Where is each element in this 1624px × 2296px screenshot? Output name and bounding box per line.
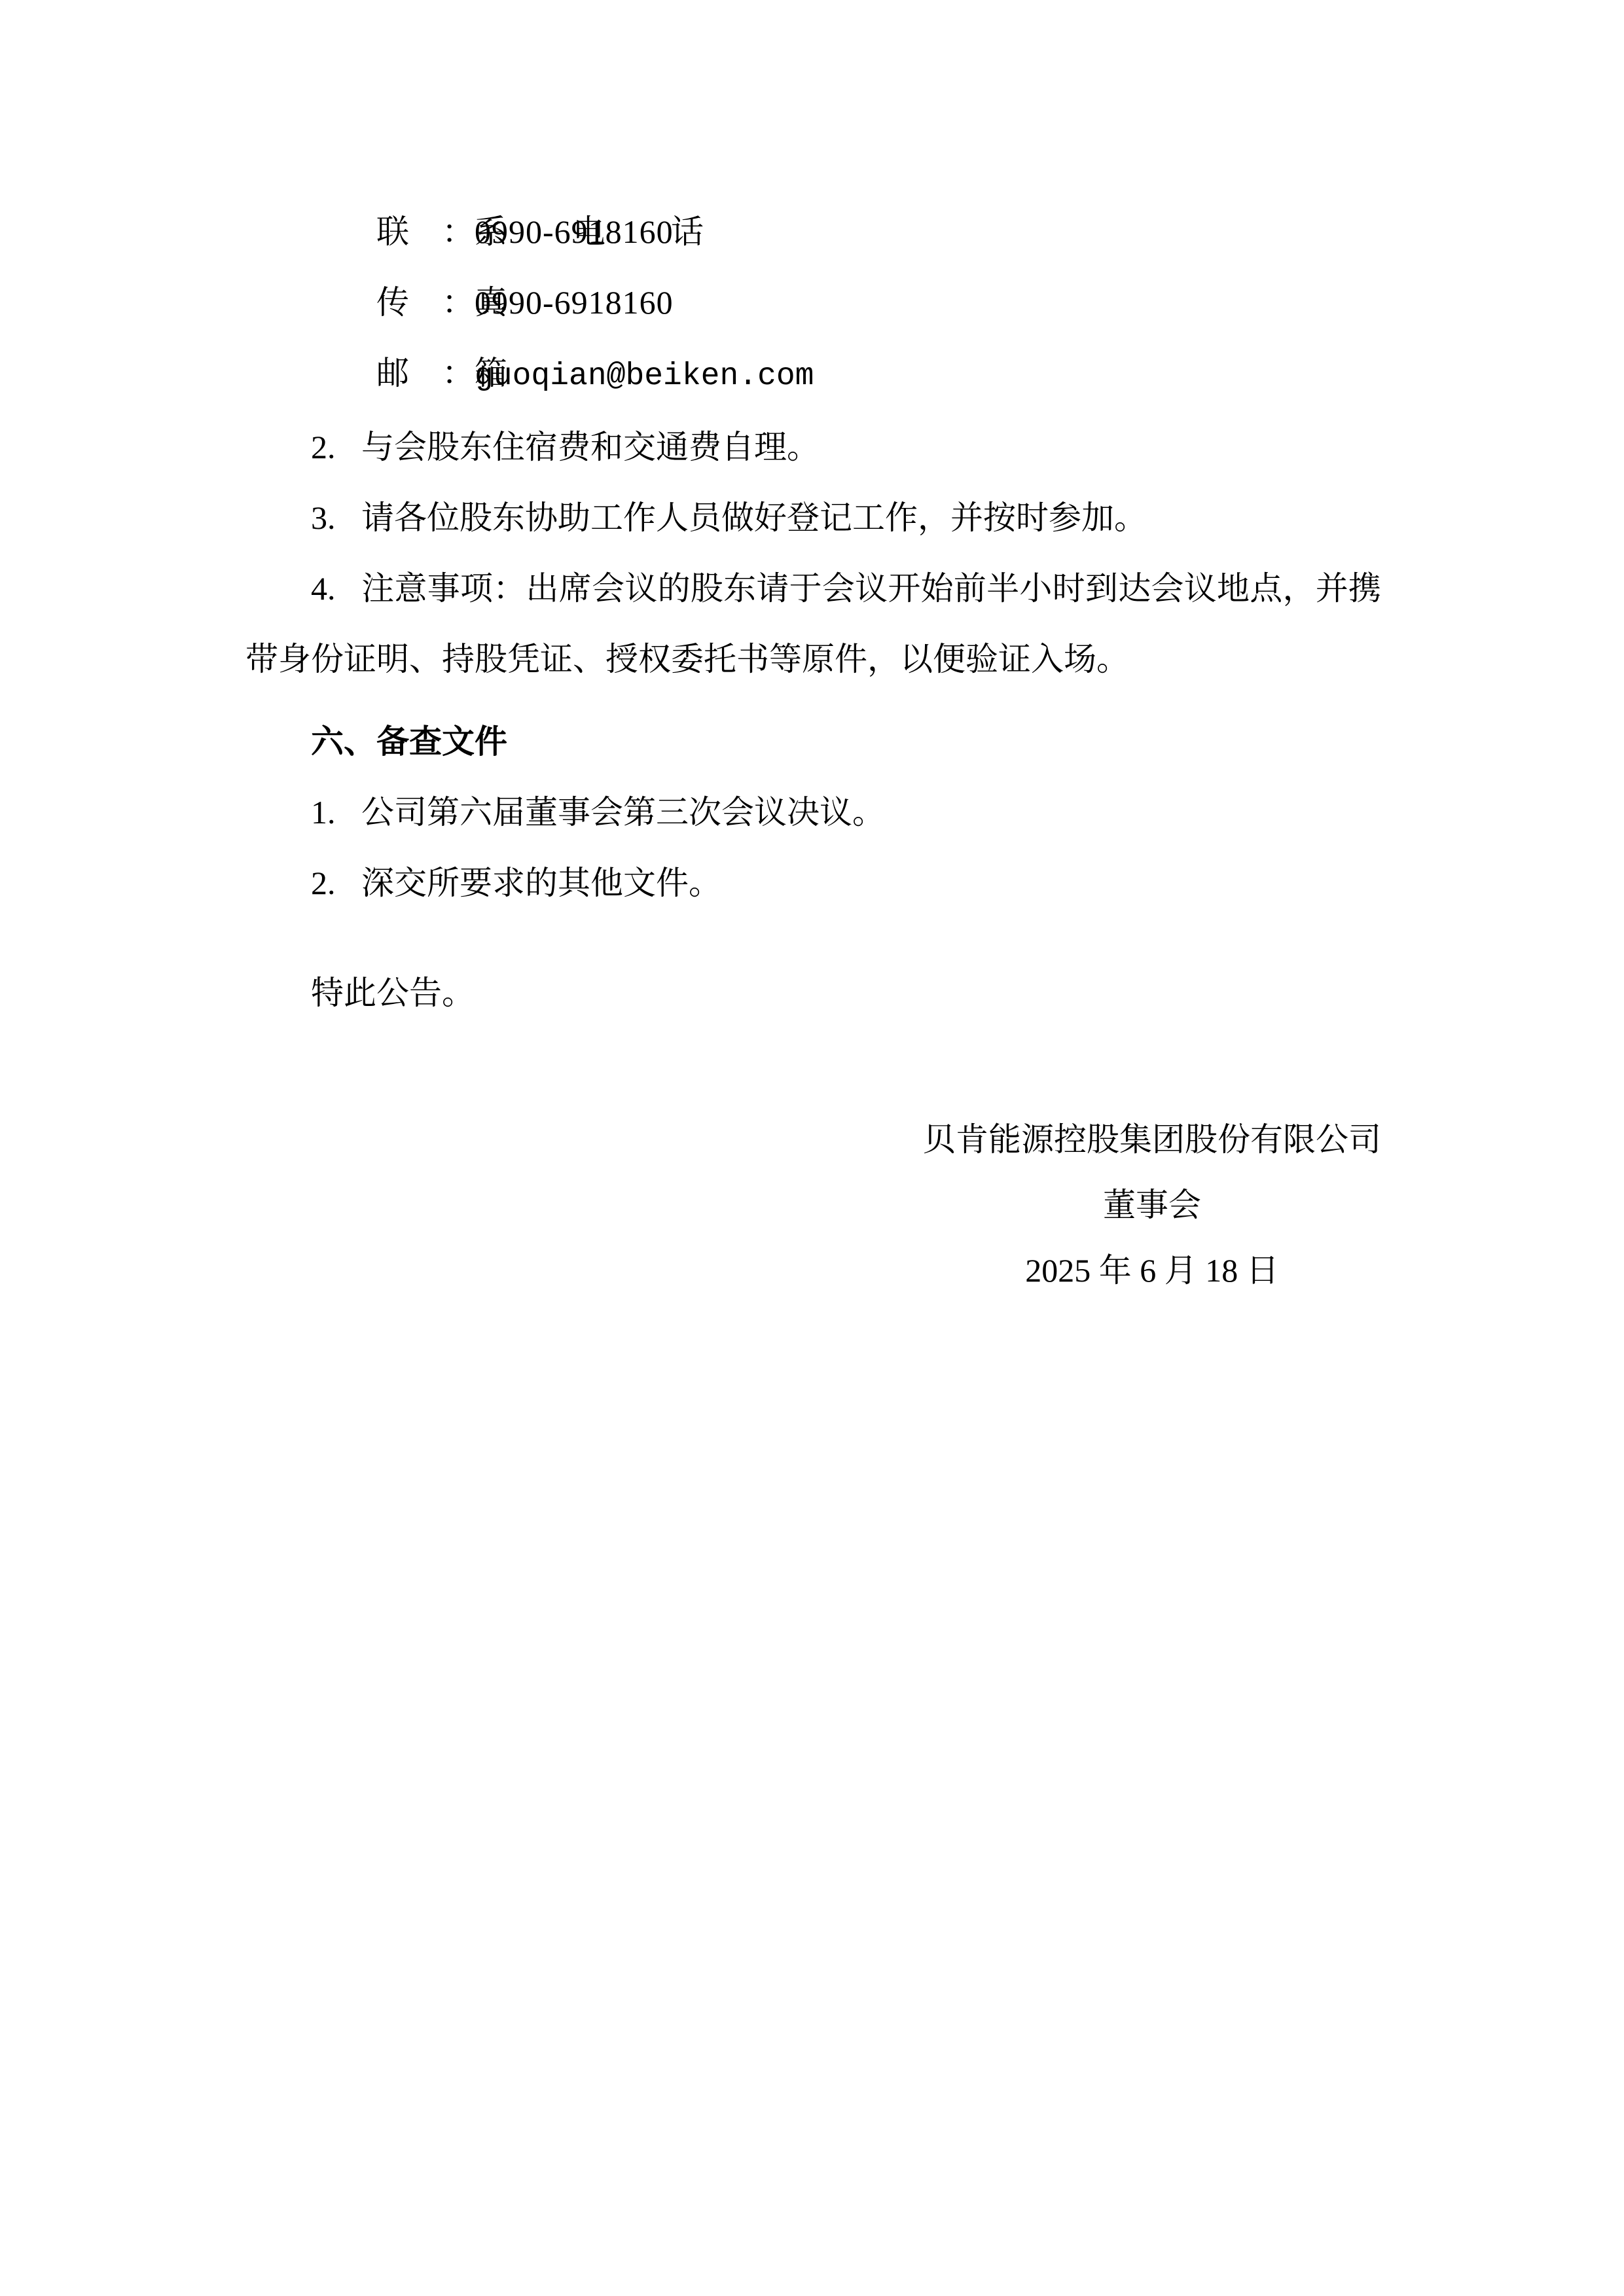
note-item-2-number: 2. bbox=[311, 412, 361, 482]
note-item-3-number: 3. bbox=[311, 482, 361, 553]
contact-phone-value: 0990-6918160 bbox=[475, 213, 674, 250]
closing-statement: 特此公告。 bbox=[245, 958, 1381, 1028]
note-item-4: 4.注意事项：出席会议的股东请于会议开始前半小时到达会议地点，并携带身份证明、持… bbox=[245, 553, 1381, 694]
document-item-2: 2.深交所要求的其他文件。 bbox=[245, 848, 1381, 918]
signature-board: 董事会 bbox=[923, 1172, 1381, 1238]
signature-date: 2025 年 6 月 18 日 bbox=[923, 1238, 1381, 1303]
note-item-2-text: 与会股东住宿费和交通费自理。 bbox=[361, 429, 820, 465]
note-item-4-text: 注意事项：出席会议的股东请于会议开始前半小时到达会议地点，并携带身份证明、持股凭… bbox=[245, 570, 1381, 677]
document-item-2-text: 深交所要求的其他文件。 bbox=[361, 865, 721, 901]
document-item-1: 1.公司第六届董事会第三次会议决议。 bbox=[245, 777, 1381, 848]
contact-fax-value: 0990-6918160 bbox=[475, 284, 674, 321]
signature-company: 贝肯能源控股集团股份有限公司 bbox=[923, 1107, 1381, 1172]
note-item-3: 3.请各位股东协助工作人员做好登记工作，并按时参加。 bbox=[245, 482, 1381, 553]
document-content: 联系电话：0990-6918160 传真：0990-6918160 邮箱：guo… bbox=[245, 196, 1381, 1303]
contact-email-label: 邮箱 bbox=[311, 338, 442, 408]
note-item-2: 2.与会股东住宿费和交通费自理。 bbox=[245, 412, 1381, 482]
signature-block: 贝肯能源控股集团股份有限公司 董事会 2025 年 6 月 18 日 bbox=[923, 1107, 1381, 1303]
contact-fax-line: 传真：0990-6918160 bbox=[245, 267, 1381, 338]
note-item-3-text: 请各位股东协助工作人员做好登记工作，并按时参加。 bbox=[361, 499, 1147, 536]
contact-email-line: 邮箱：guoqian@beiken.com bbox=[245, 338, 1381, 412]
contact-fax-colon: ： bbox=[442, 284, 475, 321]
document-page: 联系电话：0990-6918160 传真：0990-6918160 邮箱：guo… bbox=[0, 0, 1624, 2296]
contact-email-colon: ： bbox=[442, 355, 475, 391]
document-item-2-number: 2. bbox=[311, 848, 361, 918]
contact-phone-label: 联系电话 bbox=[311, 196, 442, 267]
note-item-4-number: 4. bbox=[311, 553, 361, 624]
contact-phone-line: 联系电话：0990-6918160 bbox=[245, 196, 1381, 267]
document-item-1-text: 公司第六届董事会第三次会议决议。 bbox=[361, 794, 885, 831]
contact-phone-colon: ： bbox=[442, 213, 475, 250]
contact-email-value: guoqian@beiken.com bbox=[475, 359, 814, 394]
contact-fax-label: 传真 bbox=[311, 267, 442, 338]
section-heading-documents: 六、备查文件 bbox=[245, 706, 1381, 777]
document-item-1-number: 1. bbox=[311, 777, 361, 848]
